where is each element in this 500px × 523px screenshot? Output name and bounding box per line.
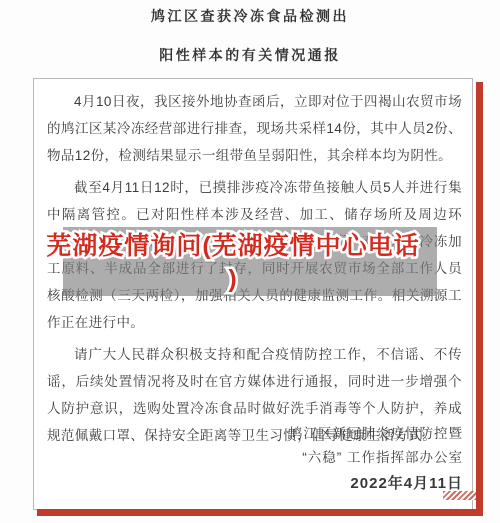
red-border-right [476,82,483,515]
page-title-line1: 鸠江区查获冷冻食品检测出 [0,6,500,26]
watermark-line2: ) [228,265,237,293]
signature-block: 鸠江区新冠肺炎疫情防控暨 “六稳” 工作指挥部办公室 2022年4月11日 [289,422,463,496]
signature-org-line2: “六稳” 工作指挥部办公室 [289,446,463,470]
watermark-title: 芜湖疫情询问(芜湖疫情中心电话 ) [0,230,483,296]
signature-date: 2022年4月11日 [289,472,463,496]
page-title-line2: 阳性样本的有关情况通报 [0,45,500,65]
watermark-line1: 芜湖疫情询问(芜湖疫情中心电话 [46,232,419,260]
red-border-bottom [37,509,483,516]
notice-paragraph-1: 4月10日夜，我区接外地协查函后，立即对位于四褐山农贸市场的鸠江区某冷冻经营部进… [47,88,462,169]
signature-org-line1: 鸠江区新冠肺炎疫情防控暨 [289,422,463,446]
hatch-stripes-decoration [443,491,477,500]
